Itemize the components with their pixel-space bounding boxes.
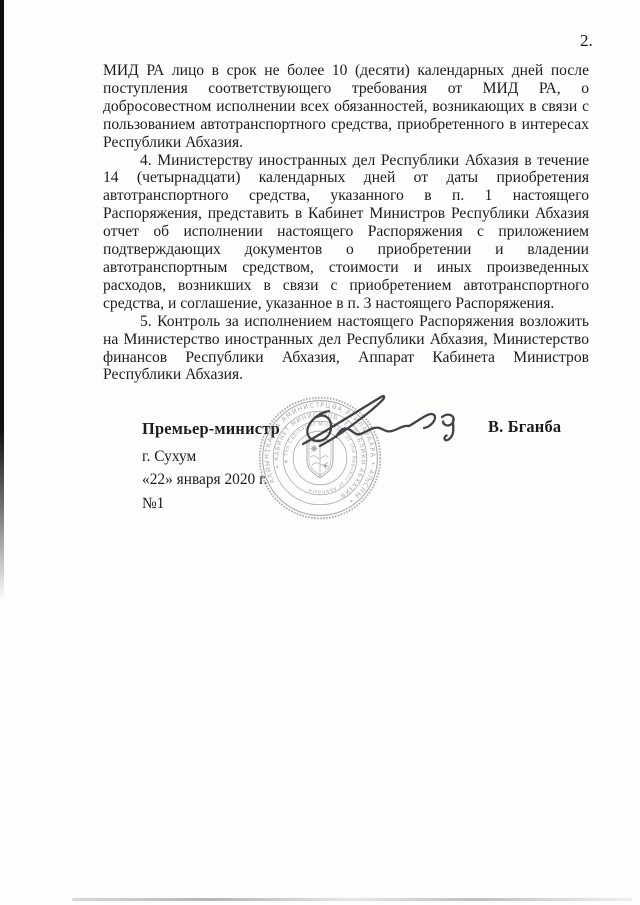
document-body: МИД РА лицо в срок не более 10 (десяти) … bbox=[103, 62, 589, 384]
document-number: №1 bbox=[142, 495, 164, 513]
scan-artifact-left-edge bbox=[0, 0, 4, 600]
signature-loop-stroke bbox=[307, 411, 331, 441]
paragraph-item-5: 5. Контроль за исполнением настоящего Ра… bbox=[103, 313, 589, 385]
page-number: 2. bbox=[580, 31, 593, 51]
signatory-name: В. Бганба bbox=[488, 417, 561, 437]
signature-flourish-stroke bbox=[303, 396, 384, 446]
paragraph-continuation: МИД РА лицо в срок не более 10 (десяти) … bbox=[103, 62, 589, 152]
signature-delta-stroke bbox=[409, 414, 435, 428]
handwritten-signature bbox=[283, 389, 483, 457]
signature-tail-stroke bbox=[442, 415, 454, 441]
place-line: г. Сухум bbox=[142, 448, 196, 466]
date-line: «22» января 2020 г. bbox=[142, 471, 268, 489]
scanned-document-page: 2. МИД РА лицо в срок не более 10 (десят… bbox=[0, 0, 640, 905]
signature-middle-stroke bbox=[336, 426, 409, 437]
paragraph-item-4: 4. Министерству иностранных дел Республи… bbox=[103, 152, 589, 313]
scan-artifact-bottom-smudge bbox=[72, 898, 632, 901]
